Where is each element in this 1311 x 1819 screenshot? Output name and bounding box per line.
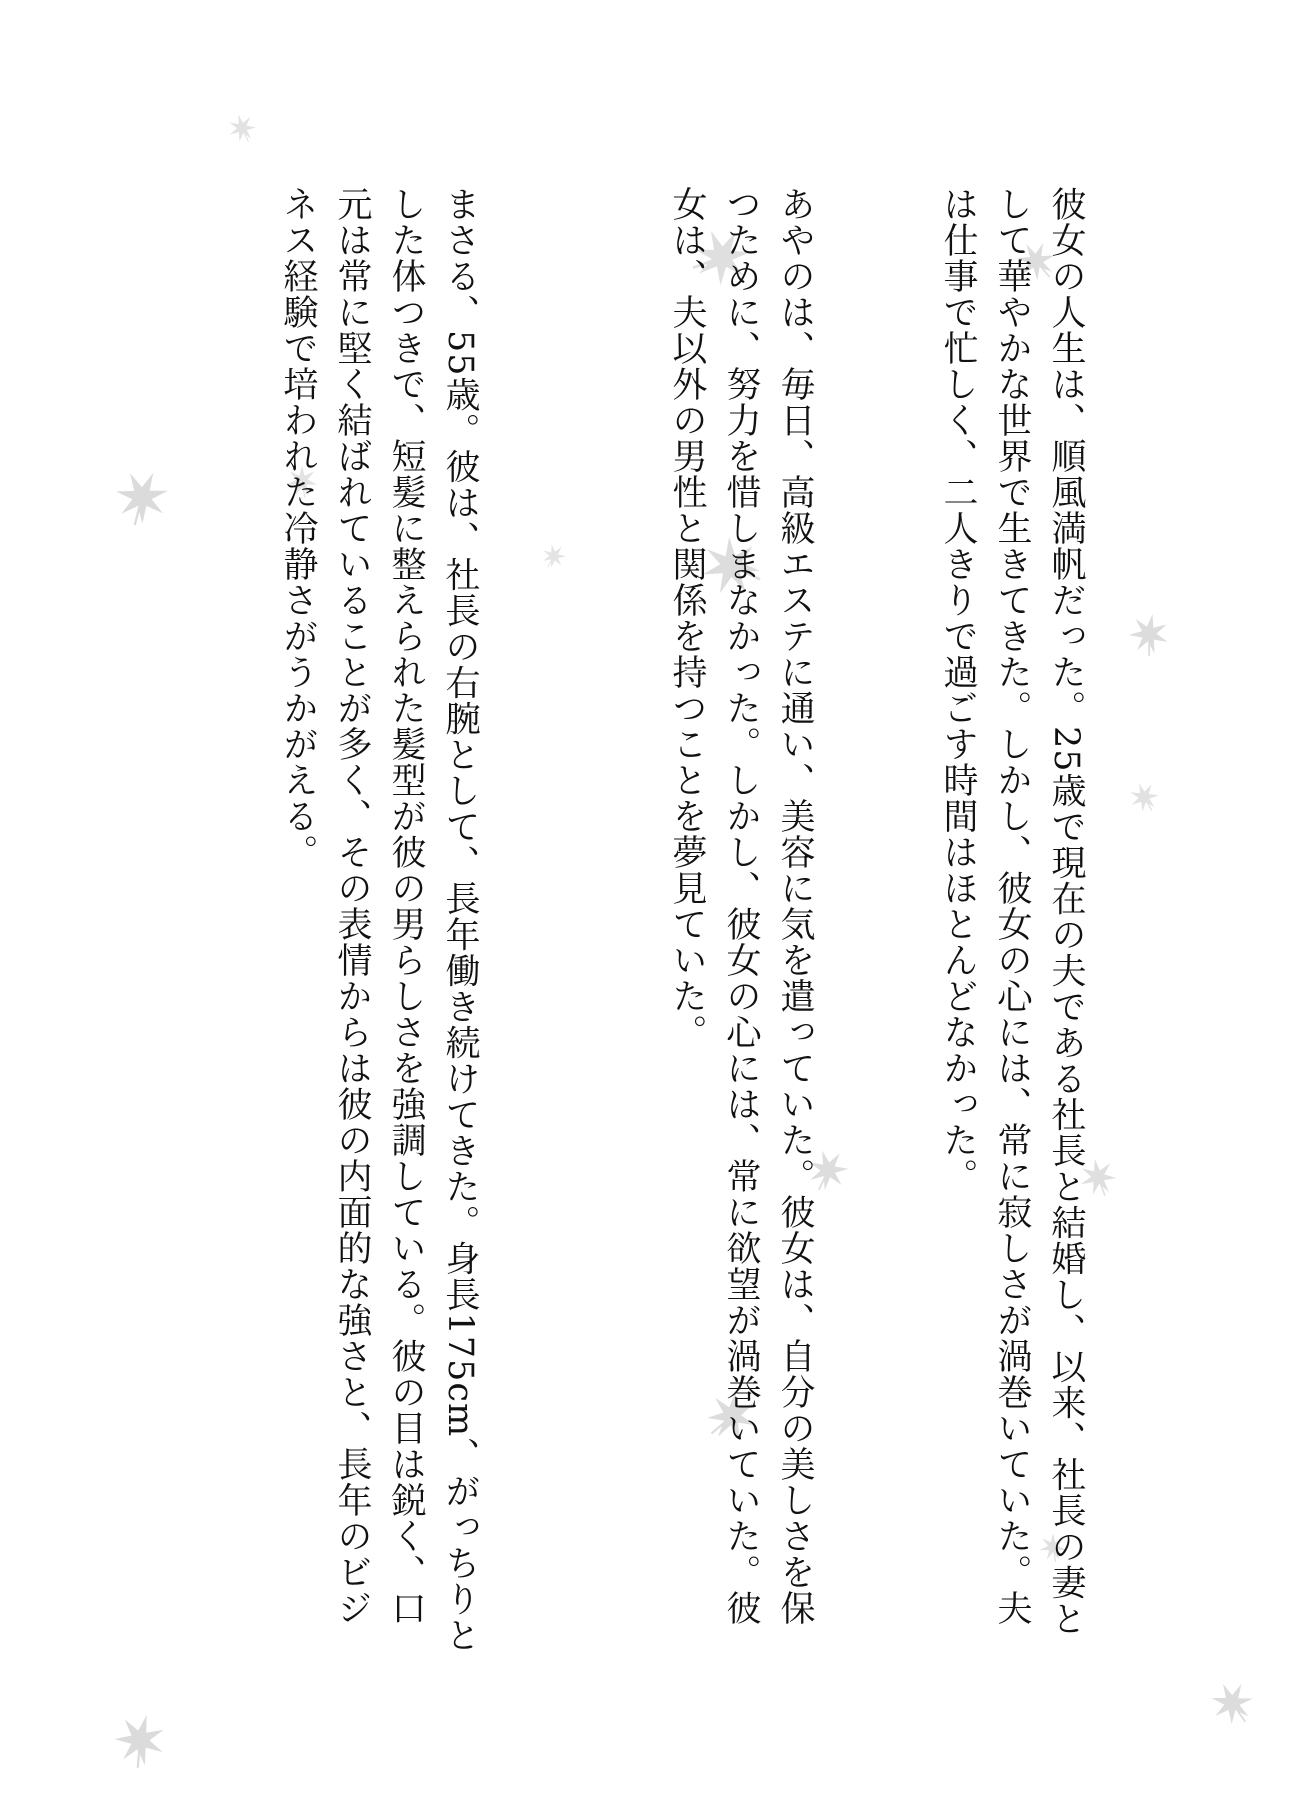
- maple-leaf-icon: [1123, 776, 1164, 817]
- text-line: まさる、55歳。彼は、社長の右腕として、長年働き続けてきた。身長175cm、がっ…: [433, 186, 487, 1653]
- novel-page: 彼女の人生は、順風満帆だった。25歳で現在の夫である社長と結婚し、以来、社長の妻…: [0, 0, 1311, 1819]
- paragraph-3: まさる、55歳。彼は、社長の右腕として、長年働き続けてきた。身長175cm、がっ…: [271, 186, 487, 1653]
- maple-leaf-icon: [224, 110, 261, 147]
- text-line: ネス経験で培われた冷静さがうかがえる。: [271, 186, 325, 1653]
- text-line: つために、努力を惜しまなかった。しかし、彼女の心には、常に欲望が渦巻いていた。彼: [714, 186, 768, 1626]
- text-line: 女は、夫以外の男性と関係を持つことを夢見ていた。: [660, 186, 714, 1626]
- text-line: して華やかな世界で生きてきた。しかし、彼女の心には、常に寂しさが渦巻いていた。夫: [985, 186, 1039, 1637]
- text-line: あやのは、毎日、高級エステに通い、美容に気を遣っていた。彼女は、自分の美しさを保: [768, 186, 822, 1626]
- text-line: 元は常に堅く結ばれていることが多く、その表情からは彼の内面的な強さと、長年のビジ: [325, 186, 379, 1653]
- maple-leaf-icon: [103, 458, 180, 535]
- maple-leaf-icon: [536, 538, 573, 575]
- maple-leaf-icon: [1201, 1672, 1262, 1733]
- text-line: した体つきで、短髪に整えられた髪型が彼の男らしさを強調している。彼の目は鋭く、口: [379, 186, 433, 1653]
- text-line: は仕事で忙しく、二人きりで過ごす時間はほとんどなかった。: [931, 186, 985, 1637]
- leaf-layer: [0, 0, 1311, 1819]
- paragraph-1: 彼女の人生は、順風満帆だった。25歳で現在の夫である社長と結婚し、以来、社長の妻…: [931, 186, 1093, 1637]
- paragraph-2: あやのは、毎日、高級エステに通い、美容に気を遣っていた。彼女は、自分の美しさを保…: [660, 186, 822, 1626]
- text-line: 彼女の人生は、順風満帆だった。25歳で現在の夫である社長と結婚し、以来、社長の妻…: [1039, 186, 1093, 1637]
- maple-leaf-icon: [106, 1706, 175, 1775]
- maple-leaf-icon: [1124, 609, 1175, 660]
